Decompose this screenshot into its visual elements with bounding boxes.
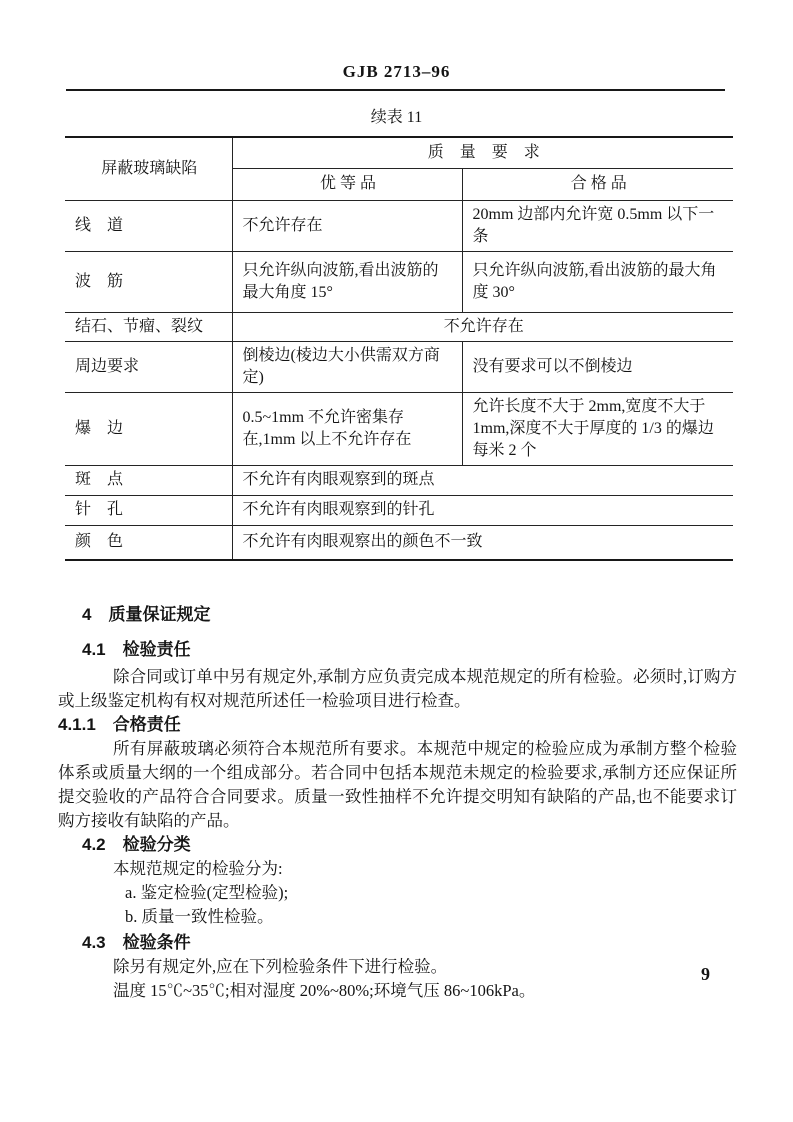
defect-label: 线 道 [65, 200, 232, 251]
merged-requirement-cell: 不允许有肉眼观察到的斑点 [232, 465, 733, 495]
table-row: 线 道 不允许存在 20mm 边部内允许宽 0.5mm 以下一条 [65, 200, 733, 251]
section-4-3-paragraph-1: 除另有规定外,应在下列检验条件下进行检验。 [58, 955, 737, 979]
defect-label: 结石、节瘤、裂纹 [65, 312, 232, 341]
qualified-cell: 20mm 边部内允许宽 0.5mm 以下一条 [462, 200, 733, 251]
section-4-3-paragraph-2: 温度 15℃~35℃;相对湿度 20%~80%;环境气压 86~106kPa。 [58, 979, 737, 1003]
quality-requirements-table: 屏蔽玻璃缺陷 质 量 要 求 优 等 品 合 格 品 线 道 不允许存在 20m… [65, 136, 733, 561]
body-sections: 4 质量保证规定 4.1 检验责任 除合同或订单中另有规定外,承制方应负责完成本… [58, 603, 737, 1003]
table-row: 结石、节瘤、裂纹 不允许存在 [65, 312, 733, 341]
document-page: GJB 2713–96 续表 11 屏蔽玻璃缺陷 质 量 要 求 优 等 品 合… [0, 0, 793, 1122]
list-item-b: b. 质量一致性检验。 [125, 905, 737, 929]
merged-requirement-cell: 不允许有肉眼观察出的颜色不一致 [232, 525, 733, 560]
qualified-cell: 只允许纵向波筋,看出波筋的最大角度 30° [462, 251, 733, 312]
defect-label: 周边要求 [65, 341, 232, 392]
table-row: 针 孔 不允许有肉眼观察到的针孔 [65, 495, 733, 525]
header-quality-requirement: 质 量 要 求 [232, 137, 733, 168]
premium-cell: 不允许存在 [232, 200, 462, 251]
list-item-a: a. 鉴定检验(定型检验); [125, 881, 737, 905]
premium-cell: 只允许纵向波筋,看出波筋的最大角度 15° [232, 251, 462, 312]
table-row: 波 筋 只允许纵向波筋,看出波筋的最大角度 15° 只允许纵向波筋,看出波筋的最… [65, 251, 733, 312]
header-premium-grade: 优 等 品 [232, 168, 462, 200]
header-rule [66, 89, 725, 91]
defect-label: 爆 边 [65, 392, 232, 465]
table-caption: 续表 11 [0, 104, 793, 127]
table-row: 颜 色 不允许有肉眼观察出的颜色不一致 [65, 525, 733, 560]
header-defect-column: 屏蔽玻璃缺陷 [65, 137, 232, 200]
table-row: 斑 点 不允许有肉眼观察到的斑点 [65, 465, 733, 495]
defect-label: 针 孔 [65, 495, 232, 525]
qualified-cell: 允许长度不大于 2mm,宽度不大于 1mm,深度不大于厚度的 1/3 的爆边每米… [462, 392, 733, 465]
page-number: 9 [701, 964, 710, 985]
defect-label: 波 筋 [65, 251, 232, 312]
section-4-2-heading: 4.2 检验分类 [82, 833, 737, 857]
section-4-1-paragraph: 除合同或订单中另有规定外,承制方应负责完成本规范规定的所有检验。必须时,订购方或… [58, 665, 737, 713]
section-4-3-heading: 4.3 检验条件 [82, 931, 737, 955]
section-4-1-1-paragraph: 所有屏蔽玻璃必须符合本规范所有要求。本规范中规定的检验应成为承制方整个检验体系或… [58, 737, 737, 833]
section-4-2-paragraph: 本规范规定的检验分为: [58, 857, 737, 881]
section-4-1-1-heading: 4.1.1 合格责任 [58, 713, 737, 737]
premium-cell: 0.5~1mm 不允许密集存在,1mm 以上不允许存在 [232, 392, 462, 465]
section-4-1-heading: 4.1 检验责任 [82, 638, 737, 662]
header-qualified-grade: 合 格 品 [462, 168, 733, 200]
section-4-heading: 4 质量保证规定 [82, 603, 737, 627]
table-header-row-1: 屏蔽玻璃缺陷 质 量 要 求 [65, 137, 733, 168]
table-row: 爆 边 0.5~1mm 不允许密集存在,1mm 以上不允许存在 允许长度不大于 … [65, 392, 733, 465]
merged-requirement-cell: 不允许有肉眼观察到的针孔 [232, 495, 733, 525]
defect-label: 颜 色 [65, 525, 232, 560]
table-row: 周边要求 倒棱边(棱边大小供需双方商定) 没有要求可以不倒棱边 [65, 341, 733, 392]
defect-label: 斑 点 [65, 465, 232, 495]
doc-code: GJB 2713–96 [0, 0, 793, 82]
qualified-cell: 没有要求可以不倒棱边 [462, 341, 733, 392]
merged-requirement-cell: 不允许存在 [232, 312, 733, 341]
premium-cell: 倒棱边(棱边大小供需双方商定) [232, 341, 462, 392]
